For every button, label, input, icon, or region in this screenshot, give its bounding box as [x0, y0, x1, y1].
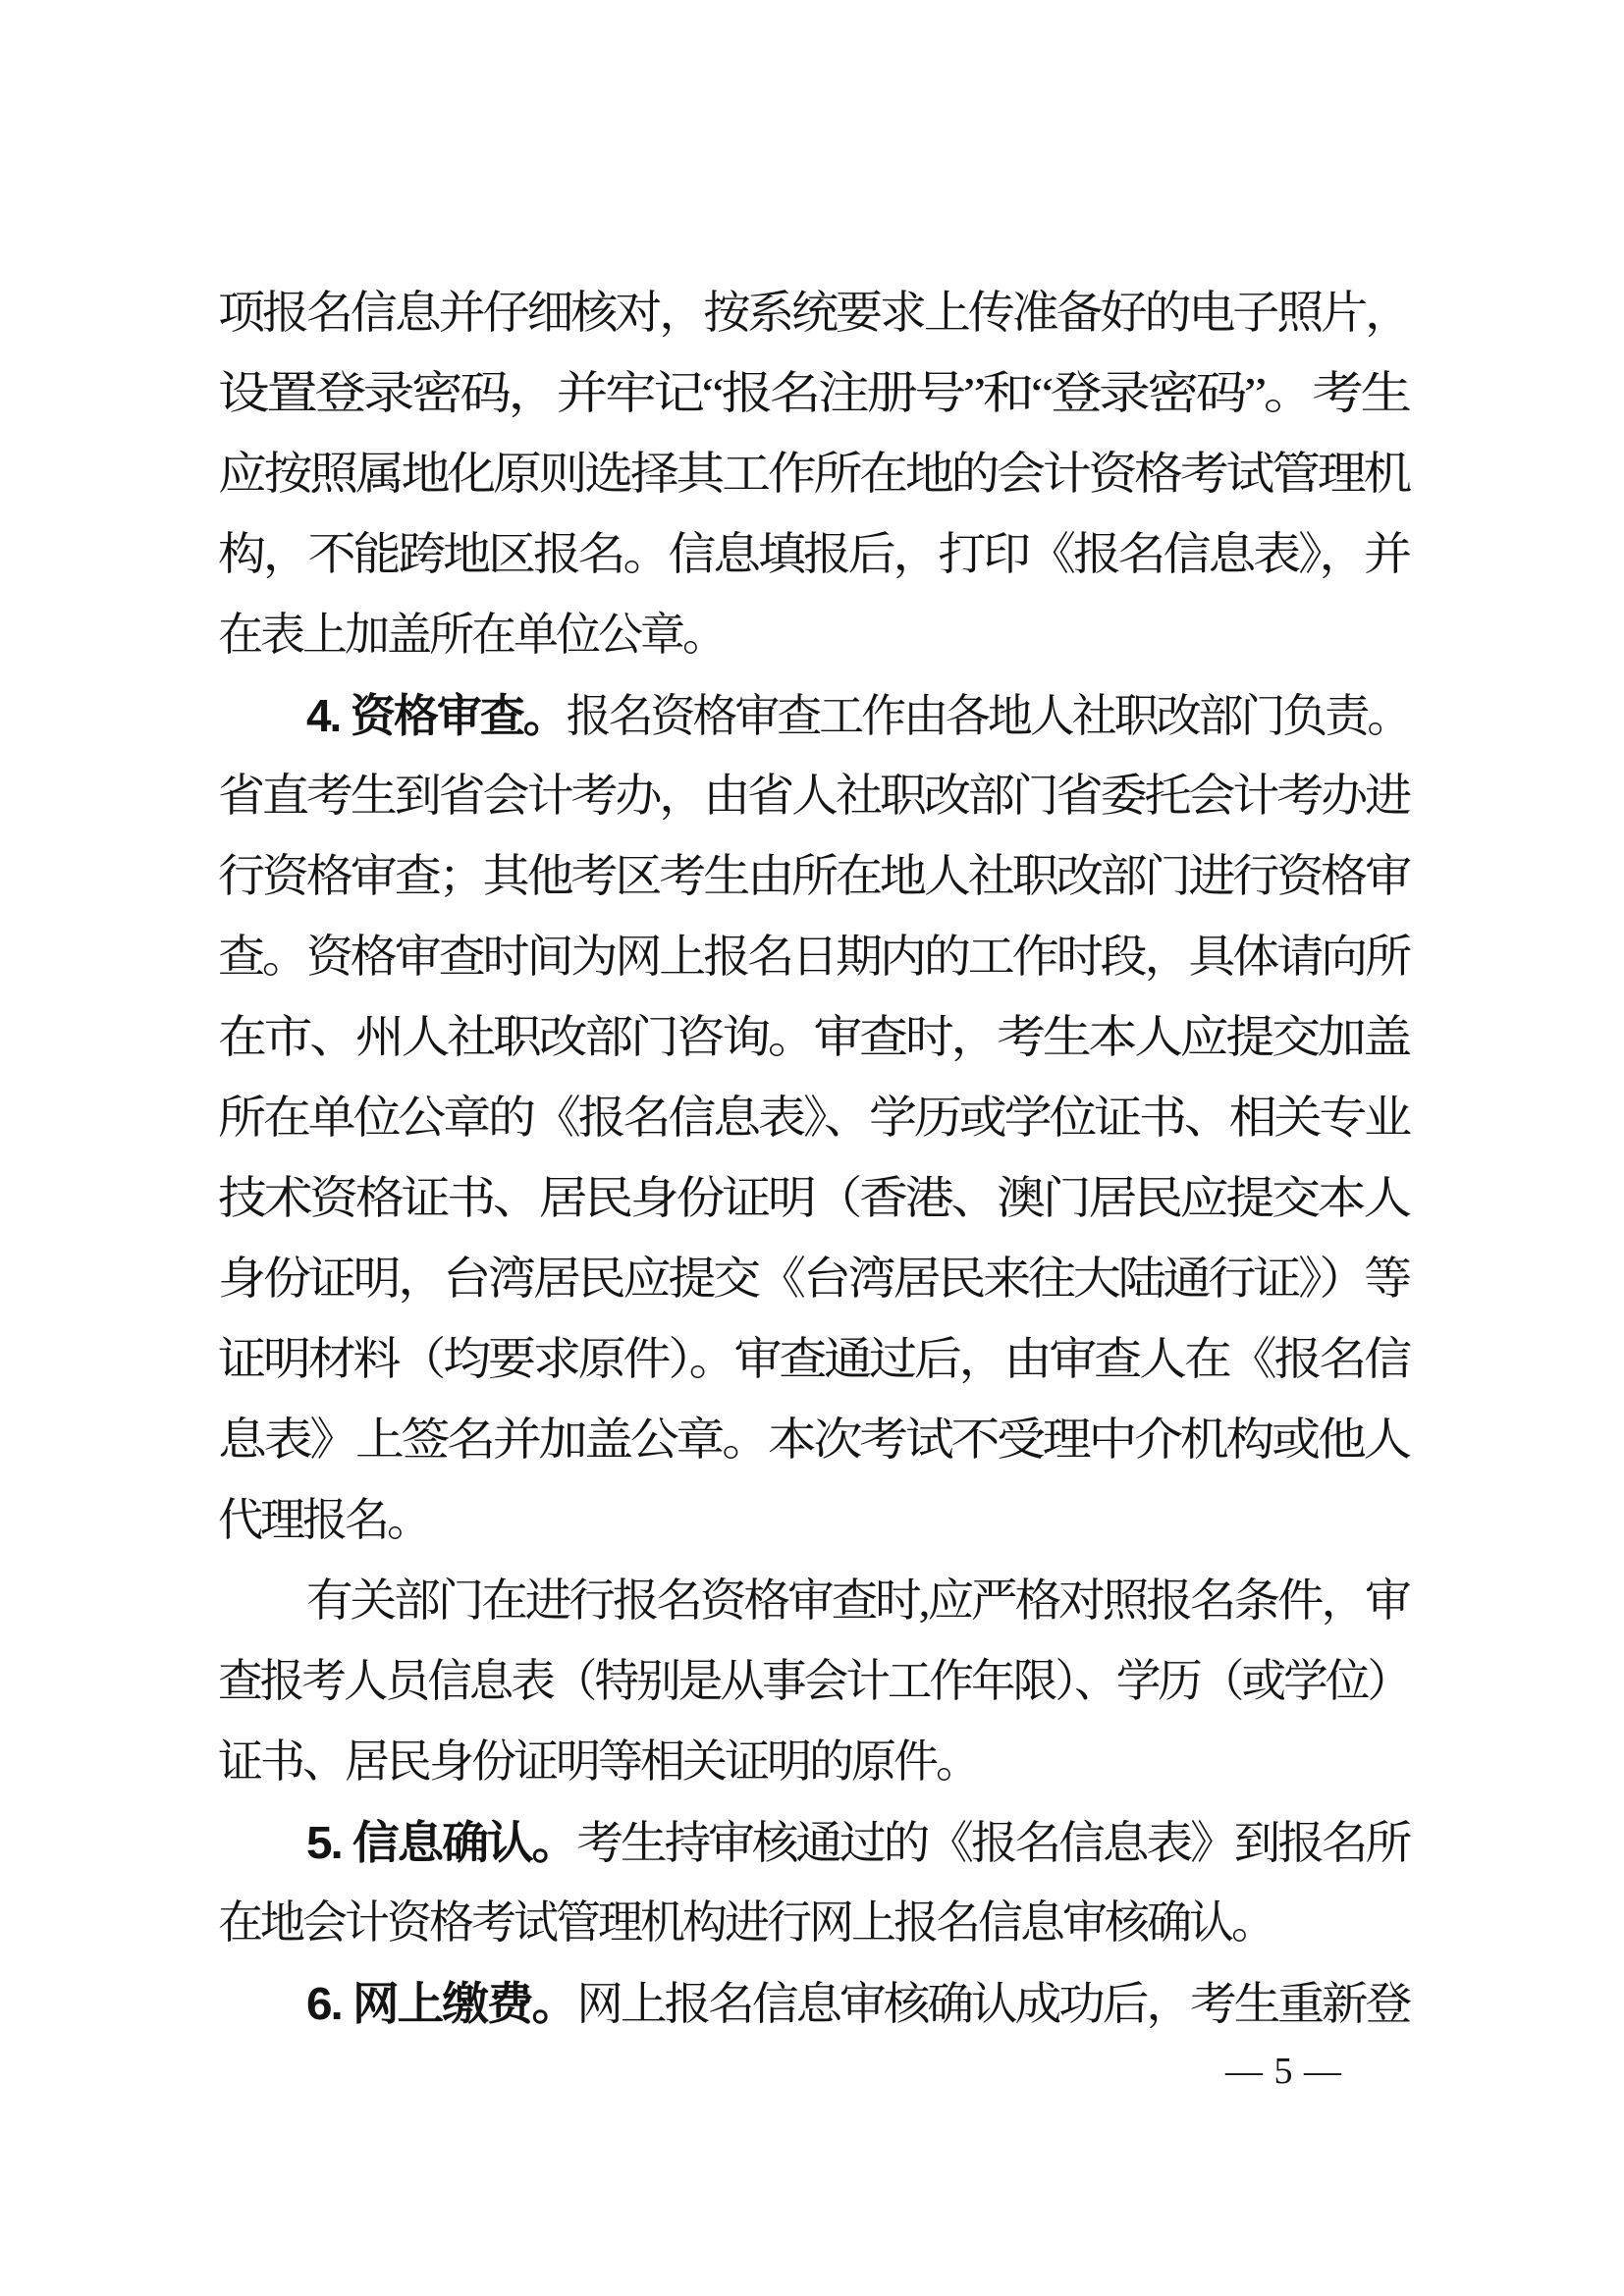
text-line-content: 项报名信息并仔细核对，按系统要求上传准备好的电子照片，: [218, 273, 1409, 353]
text-run: 报名资格审查工作由各地人社职改部门负责。: [567, 691, 1409, 741]
text-line: 5. 信息确认。考生持审核通过的《报名信息表》到报名所: [218, 1802, 1409, 1883]
text-line-content: 息表》上签名并加盖公章。本次考试不受理中介机构或他人: [218, 1400, 1409, 1480]
text-line: 查。资格审查时间为网上报名日期内的工作时段，具体请向所: [218, 917, 1409, 997]
text-line-content: 在市、州人社职改部门咨询。审查时，考生本人应提交加盖: [218, 997, 1409, 1078]
text-line-content: 在表上加盖所在单位公章。: [218, 595, 725, 675]
text-line-content: 身份证明，台湾居民应提交《台湾居民来往大陆通行证》）等: [218, 1239, 1409, 1319]
text-run: 行资格审查；其他考区考生由所在地人社职改部门进行资格审: [218, 851, 1409, 901]
text-line: 息表》上签名并加盖公章。本次考试不受理中介机构或他人: [218, 1400, 1409, 1480]
text-line: 项报名信息并仔细核对，按系统要求上传准备好的电子照片，: [218, 273, 1409, 353]
bold-run: 4. 资格审查。: [306, 690, 567, 741]
text-line-content: 查报考人员信息表（特别是从事会计工作年限）、学历（或学位）: [218, 1641, 1409, 1722]
text-line-content: 查。资格审查时间为网上报名日期内的工作时段，具体请向所: [218, 917, 1409, 997]
text-line: 有关部门在进行报名资格审查时,应严格对照报名条件，审: [218, 1561, 1409, 1641]
text-line-content: 行资格审查；其他考区考生由所在地人社职改部门进行资格审: [218, 836, 1409, 917]
text-line-content: 证书、居民身份证明等相关证明的原件。: [218, 1722, 978, 1802]
text-run: 设置登录密码，并牢记“报名注册号”和“登录密码”。考生: [218, 368, 1409, 418]
text-run: 在市、州人社职改部门咨询。审查时，考生本人应提交加盖: [218, 1012, 1409, 1062]
text-line: 在地会计资格考试管理机构进行网上报名信息审核确认。: [218, 1883, 1409, 1963]
text-run: 身份证明，台湾居民应提交《台湾居民来往大陆通行证》）等: [218, 1254, 1409, 1304]
document-page: 项报名信息并仔细核对，按系统要求上传准备好的电子照片，设置登录密码，并牢记“报名…: [0, 0, 1624, 2296]
text-line: 4. 资格审查。报名资格审查工作由各地人社职改部门负责。: [218, 675, 1409, 756]
text-line-content: 构，不能跨地区报名。信息填报后，打印《报名信息表》，并: [218, 514, 1409, 595]
text-run: 项报名信息并仔细核对，按系统要求上传准备好的电子照片，: [218, 288, 1409, 338]
text-line-content: 代理报名。: [218, 1480, 429, 1561]
text-run: 息表》上签名并加盖公章。本次考试不受理中介机构或他人: [218, 1415, 1409, 1465]
text-line-content: 证明材料（均要求原件）。审查通过后，由审查人在《报名信: [218, 1319, 1409, 1400]
text-run: 应按照属地化原则选择其工作所在地的会计资格考试管理机: [218, 449, 1409, 499]
text-run: 技术资格证书、居民身份证明（香港、澳门居民应提交本人: [218, 1173, 1409, 1223]
text-line-content: 所在单位公章的《报名信息表》、学历或学位证书、相关专业: [218, 1078, 1409, 1158]
text-line: 在表上加盖所在单位公章。: [218, 595, 1409, 675]
bold-run: 5. 信息确认。: [306, 1817, 576, 1868]
document-text-block: 项报名信息并仔细核对，按系统要求上传准备好的电子照片，设置登录密码，并牢记“报名…: [218, 273, 1409, 2044]
text-line-content: 在地会计资格考试管理机构进行网上报名信息审核确认。: [218, 1883, 1273, 1963]
page-number: — 5 —: [1225, 2050, 1342, 2093]
text-run: 构，不能跨地区报名。信息填报后，打印《报名信息表》，并: [218, 529, 1409, 579]
text-run: 查报考人员信息表（特别是从事会计工作年限）、学历（或学位）: [218, 1656, 1409, 1706]
text-line-content: 有关部门在进行报名资格审查时,应严格对照报名条件，审: [306, 1561, 1409, 1641]
bold-run: 6. 网上缴费。: [306, 1978, 576, 2029]
text-line-content: 技术资格证书、居民身份证明（香港、澳门居民应提交本人: [218, 1158, 1409, 1239]
text-line-content: 省直考生到省会计考办，由省人社职改部门省委托会计考办进: [218, 756, 1409, 836]
text-run: 所在单位公章的《报名信息表》、学历或学位证书、相关专业: [218, 1093, 1409, 1143]
text-line: 代理报名。: [218, 1480, 1409, 1561]
text-line-content: 设置登录密码，并牢记“报名注册号”和“登录密码”。考生: [218, 353, 1409, 434]
text-line: 在市、州人社职改部门咨询。审查时，考生本人应提交加盖: [218, 997, 1409, 1078]
text-line: 设置登录密码，并牢记“报名注册号”和“登录密码”。考生: [218, 353, 1409, 434]
text-line: 省直考生到省会计考办，由省人社职改部门省委托会计考办进: [218, 756, 1409, 836]
text-run: 在表上加盖所在单位公章。: [218, 610, 725, 660]
text-line: 查报考人员信息表（特别是从事会计工作年限）、学历（或学位）: [218, 1641, 1409, 1722]
text-run: 省直考生到省会计考办，由省人社职改部门省委托会计考办进: [218, 771, 1409, 821]
text-line: 应按照属地化原则选择其工作所在地的会计资格考试管理机: [218, 434, 1409, 514]
text-run: 查。资格审查时间为网上报名日期内的工作时段，具体请向所: [218, 932, 1409, 982]
text-line-content: 6. 网上缴费。网上报名信息审核确认成功后，考生重新登: [306, 1963, 1409, 2045]
text-run: 考生持审核通过的《报名信息表》到报名所: [576, 1818, 1409, 1868]
text-line: 技术资格证书、居民身份证明（香港、澳门居民应提交本人: [218, 1158, 1409, 1239]
text-line: 构，不能跨地区报名。信息填报后，打印《报名信息表》，并: [218, 514, 1409, 595]
text-run: 代理报名。: [218, 1495, 429, 1545]
text-run: 在地会计资格考试管理机构进行网上报名信息审核确认。: [218, 1897, 1273, 1948]
text-line-content: 4. 资格审查。报名资格审查工作由各地人社职改部门负责。: [306, 675, 1409, 757]
text-line: 证明材料（均要求原件）。审查通过后，由审查人在《报名信: [218, 1319, 1409, 1400]
text-run: 证书、居民身份证明等相关证明的原件。: [218, 1736, 978, 1787]
text-line: 身份证明，台湾居民应提交《台湾居民来往大陆通行证》）等: [218, 1239, 1409, 1319]
text-line: 6. 网上缴费。网上报名信息审核确认成功后，考生重新登: [218, 1963, 1409, 2044]
text-run: 证明材料（均要求原件）。审查通过后，由审查人在《报名信: [218, 1334, 1409, 1384]
text-line: 行资格审查；其他考区考生由所在地人社职改部门进行资格审: [218, 836, 1409, 917]
text-run: 网上报名信息审核确认成功后，考生重新登: [576, 1979, 1409, 2029]
text-line-content: 5. 信息确认。考生持审核通过的《报名信息表》到报名所: [306, 1802, 1409, 1884]
text-line: 所在单位公章的《报名信息表》、学历或学位证书、相关专业: [218, 1078, 1409, 1158]
text-run: 有关部门在进行报名资格审查时,应严格对照报名条件，审: [306, 1575, 1409, 1626]
text-line: 证书、居民身份证明等相关证明的原件。: [218, 1722, 1409, 1802]
text-line-content: 应按照属地化原则选择其工作所在地的会计资格考试管理机: [218, 434, 1409, 514]
